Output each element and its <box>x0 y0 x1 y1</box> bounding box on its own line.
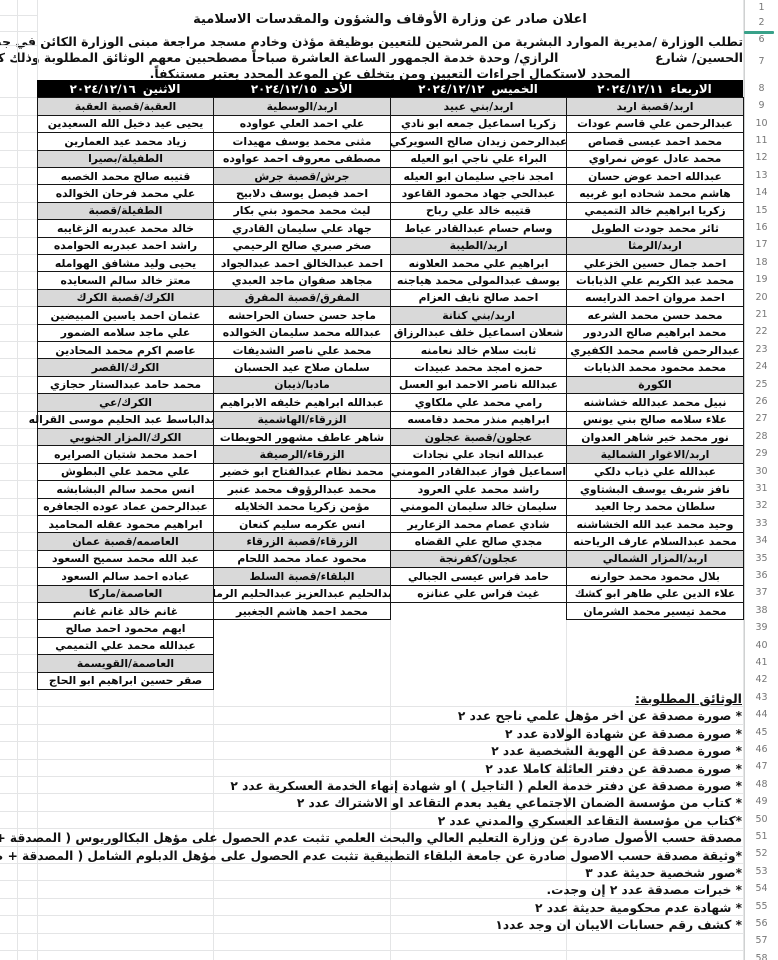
document-item[interactable]: * صورة مصدقة عن شهادة الولادة عدد ٢ <box>505 726 742 743</box>
region-header-cell[interactable]: الكرك/القصر <box>37 358 214 376</box>
candidate-name-cell[interactable]: زكريا اسماعيل جمعه ابو نادي <box>390 115 567 133</box>
row-header-12[interactable]: 12 <box>745 152 778 163</box>
candidate-name-cell[interactable]: عبدالحي جهاد محمود القاعود <box>390 184 567 202</box>
row-gridline <box>0 219 37 220</box>
row-header-10[interactable]: 10 <box>745 118 778 129</box>
candidate-name-cell[interactable]: محمد احمد هاشم الجغبير <box>213 602 391 620</box>
date-label: ٢٠٢٤/١٢/١٥ <box>251 82 317 96</box>
document-item[interactable]: * صورة مصدقة عن دفتر خدمة العلم ( التاجي… <box>230 778 742 795</box>
row-header-32[interactable]: 32 <box>745 500 778 511</box>
region-header-cell[interactable]: اربد/قصبة اربد <box>566 97 744 115</box>
document-item[interactable]: * صورة مصدقة عن الهوية الشخصية عدد ٢ <box>491 743 742 760</box>
row-gridline <box>0 515 37 516</box>
candidate-name-cell[interactable]: نور محمد خير شاهر العدوان <box>566 428 744 446</box>
candidate-name-cell[interactable]: يوسف عبدالمولى محمد هياجنه <box>390 271 567 289</box>
candidate-name-cell[interactable]: محمد عادل عوض نمراوي <box>566 150 744 168</box>
row-header-16[interactable]: 16 <box>745 222 778 233</box>
row-gridline <box>0 706 745 707</box>
candidate-name-cell[interactable]: ابراهيم منذر محمد دقامسه <box>390 411 567 429</box>
document-item[interactable]: * شهادة عدم محكومية حديثة عدد ٢ <box>535 900 742 917</box>
candidate-name-cell[interactable]: غيث فراس علي عنانزه <box>390 585 567 603</box>
region-header-cell[interactable]: الزرقاء/الهاشمية <box>213 411 391 429</box>
row-header-15[interactable]: 15 <box>745 205 778 216</box>
candidate-name-cell[interactable]: عبدالله ابراهيم خليفه الابراهيم <box>213 393 391 411</box>
row-header-46[interactable]: 46 <box>745 744 778 755</box>
region-header-cell[interactable]: العاصمة/ماركا <box>37 585 214 603</box>
document-item[interactable]: *صور شخصية حديثة عدد ٣ <box>585 865 742 882</box>
region-header-cell[interactable]: اربد/بني عبيد <box>390 97 567 115</box>
row-header-19[interactable]: 19 <box>745 274 778 285</box>
region-header-cell[interactable]: الطفيلة/قصبة <box>37 202 214 220</box>
region-header-cell[interactable]: عجلون/قصبة عجلون <box>390 428 567 446</box>
intro-line-1[interactable]: تطلب الوزارة /مديرية الموارد البشرية من … <box>37 34 743 49</box>
candidate-name-cell[interactable]: شعلان اسماعيل خلف عبدالرزاق <box>390 324 567 342</box>
region-header-cell[interactable]: البلقاء/قصبة السلط <box>213 567 391 585</box>
row-header-18[interactable]: 18 <box>745 257 778 268</box>
candidate-name-cell[interactable]: حامد فراس عيسى الجبالي <box>390 567 567 585</box>
candidate-name-cell[interactable]: انس محمد سالم البشابشه <box>37 480 214 498</box>
candidate-name-cell[interactable]: نبيل محمد عبدالله خشاشنه <box>566 393 744 411</box>
candidate-name-cell[interactable]: ثائر محمد جودت الطويل <box>566 219 744 237</box>
row-header-33[interactable]: 33 <box>745 518 778 529</box>
row-header-43[interactable]: 43 <box>745 692 778 703</box>
candidate-name-cell[interactable]: ماجد حسن حسان الحراحشه <box>213 306 391 324</box>
date-label: ٢٠٢٤/١٢/١٦ <box>70 82 136 96</box>
row-gridline <box>0 341 37 342</box>
candidate-name-cell[interactable]: محمود عماد محمد اللحام <box>213 550 391 568</box>
date-label: ٢٠٢٤/١٢/١٢ <box>418 82 484 96</box>
row-gridline <box>0 463 37 464</box>
candidate-name-cell[interactable]: عبدالرحمن زيدان صالح السويركي <box>390 132 567 150</box>
row-gridline <box>0 428 37 429</box>
row-header-22[interactable]: 22 <box>745 326 778 337</box>
row-header-27[interactable]: 27 <box>745 413 778 424</box>
candidate-name-cell[interactable]: هاشم محمد شحاده ابو غربيه <box>566 184 744 202</box>
row-header-30[interactable]: 30 <box>745 466 778 477</box>
candidate-name-cell[interactable]: بلال محمود محمد حوارنه <box>566 567 744 585</box>
documents-heading[interactable]: الوثائق المطلوبة: <box>635 691 742 706</box>
candidate-name-cell[interactable]: ايهم محمود احمد صالح <box>37 619 214 637</box>
candidate-name-cell[interactable]: احمد جمال حسين الخزعلي <box>566 254 744 272</box>
row-gridline <box>0 97 37 98</box>
region-header-cell[interactable]: مادبا/ذيبان <box>213 376 391 394</box>
candidate-name-cell[interactable]: عبدالباسط عبد الحليم موسى القراله <box>37 411 214 429</box>
candidate-name-cell[interactable]: عبدالله احمد عوض حسان <box>566 167 744 185</box>
row-gridline <box>0 358 37 359</box>
row-header-47[interactable]: 47 <box>745 761 778 772</box>
region-header-cell[interactable]: اربد/الطيبة <box>390 237 567 255</box>
candidate-name-cell[interactable]: محمد نظام عبدالفتاح ابو خضير <box>213 463 391 481</box>
candidate-name-cell[interactable]: احمد مروان احمد الدرايسه <box>566 289 744 307</box>
day-header-thu[interactable]: الخميس٢٠٢٤/١٢/١٢ <box>390 80 566 98</box>
row-gridline <box>0 950 745 951</box>
candidate-name-cell[interactable]: محمد تيسير محمد الشرمان <box>566 602 744 620</box>
announcement-title[interactable]: اعلان صادر عن وزارة الأوقاف والشؤون والم… <box>37 12 743 27</box>
row-gridline <box>0 254 37 255</box>
row-header-38[interactable]: 38 <box>745 605 778 616</box>
candidate-name-cell[interactable]: عبدالرحمن قاسم محمد الكفيري <box>566 341 744 359</box>
region-header-cell[interactable]: العقبة/قصبة العقبة <box>37 97 214 115</box>
day-label: الاربعاء <box>671 82 712 96</box>
region-header-cell[interactable]: المفرق/قصبة المفرق <box>213 289 391 307</box>
region-header-cell[interactable]: الكرك/قصبة الكرك <box>37 289 214 307</box>
region-header-cell[interactable]: الطفيلة/بصيرا <box>37 150 214 168</box>
region-header-cell[interactable]: الكرك/المزار الجنوبي <box>37 428 214 446</box>
candidate-name-cell[interactable]: عبدالله محمد علي التميمي <box>37 637 214 655</box>
candidate-name-cell[interactable]: زياد محمد عيد العمارين <box>37 132 214 150</box>
candidate-name-cell[interactable]: راشد احمد عبدربه الحوامده <box>37 237 214 255</box>
row-gridline <box>0 585 37 586</box>
candidate-name-cell[interactable]: سلطان محمد رجا العيد <box>566 498 744 516</box>
candidate-name-cell[interactable]: علي محمد فرحان الخوالده <box>37 184 214 202</box>
row-gridline <box>0 271 37 272</box>
row-header-25[interactable]: 25 <box>745 379 778 390</box>
row-gridline <box>0 567 37 568</box>
row-gridline <box>0 289 37 290</box>
candidate-name-cell[interactable]: سلمان صلاح عيد الحسبان <box>213 358 391 376</box>
row-header-11[interactable]: 11 <box>745 135 778 146</box>
document-item[interactable]: * خبرات مصدقة عدد ٢ إن وجدت. <box>547 882 743 899</box>
candidate-name-cell[interactable]: صخر صبري صالح الرحيمي <box>213 237 391 255</box>
candidate-name-cell[interactable]: البراء علي ناجي ابو العيله <box>390 150 567 168</box>
region-header-cell[interactable]: اربد/الرمثا <box>566 237 744 255</box>
row-header-56[interactable]: 56 <box>745 918 778 929</box>
row-header-48[interactable]: 48 <box>745 779 778 790</box>
candidate-name-cell[interactable]: محمد ابراهيم صالح الدردور <box>566 324 744 342</box>
candidate-name-cell[interactable]: شادي عصام محمد الزعارير <box>390 515 567 533</box>
candidate-name-cell[interactable]: خالد محمد عبدربه الزغايبه <box>37 219 214 237</box>
row-gridline <box>0 150 37 151</box>
intro-line-3[interactable]: المحدد لاستكمال اجراءات التعيين ومن يتخل… <box>37 66 743 81</box>
row-header-34[interactable]: 34 <box>745 535 778 546</box>
row-header-41[interactable]: 41 <box>745 657 778 668</box>
hidden-rows-marker[interactable] <box>744 31 774 34</box>
candidate-name-cell[interactable]: محمد حسن محمد الشرعه <box>566 306 744 324</box>
candidate-name-cell[interactable]: رامي محمد علي ملكاوي <box>390 393 567 411</box>
candidate-name-cell[interactable]: عبدالله محمد سليمان الخوالده <box>213 324 391 342</box>
candidate-name-cell[interactable]: سليمان خالد سليمان المومني <box>390 498 567 516</box>
row-header-2[interactable]: 2 <box>745 17 778 28</box>
row-header-42[interactable]: 42 <box>745 674 778 685</box>
row-gridline <box>0 15 37 16</box>
row-header-58[interactable]: 58 <box>745 953 778 960</box>
candidate-name-cell[interactable]: محمد عبدالرؤوف محمد عنبر <box>213 480 391 498</box>
row-header-52[interactable]: 52 <box>745 848 778 859</box>
candidate-name-cell[interactable]: وسام حسام عبدالقادر عياط <box>390 219 567 237</box>
row-gridline <box>0 393 37 394</box>
candidate-name-cell[interactable]: عبدالحليم عبدالعزيز عبدالحليم الرمام <box>213 585 391 603</box>
row-gridline <box>0 672 37 673</box>
row-gridline <box>0 132 37 133</box>
region-header-cell[interactable]: اربد/الاغوار الشمالية <box>566 445 744 463</box>
row-header-26[interactable]: 26 <box>745 396 778 407</box>
candidate-name-cell[interactable]: عبد الله محمد سميح السعود <box>37 550 214 568</box>
candidate-name-cell[interactable]: عبدالرحمن عماد عوده الجعافره <box>37 498 214 516</box>
region-header-cell[interactable]: جرش/قصبة جرش <box>213 167 391 185</box>
row-gridline <box>0 480 37 481</box>
candidate-name-cell[interactable]: شاهر عاطف مشهور الحويطات <box>213 428 391 446</box>
region-header-cell[interactable]: الزرقاء/الرصيفة <box>213 445 391 463</box>
candidate-name-cell[interactable]: محمد حامد عبدالستار حجازي <box>37 376 214 394</box>
candidate-name-cell[interactable]: عبدالله ناصر الاحمد ابو العسل <box>390 376 567 394</box>
day-header-wed[interactable]: الاربعاء٢٠٢٤/١٢/١١ <box>566 80 743 98</box>
candidate-name-cell[interactable]: مؤمن زكريا محمد الخلايله <box>213 498 391 516</box>
candidate-name-cell[interactable]: عباده احمد سالم السعود <box>37 567 214 585</box>
document-item[interactable]: *كتاب من مؤسسة التقاعد العسكري والمدني ع… <box>438 813 742 830</box>
candidate-name-cell[interactable]: يحيى وليد مشافق الهوامله <box>37 254 214 272</box>
candidate-name-cell[interactable]: احمد محمد شتيان الصرايره <box>37 445 214 463</box>
intro-line-2-left: الرازي/ وحدة خدمة الجمهور الساعة العاشرة… <box>0 50 558 65</box>
document-item[interactable]: *وثيقة مصدقة حسب الاصول صادرة عن جامعة ا… <box>0 848 742 865</box>
candidate-name-cell[interactable]: مصطفى معروف احمد عواوده <box>213 150 391 168</box>
row-header-49[interactable]: 49 <box>745 796 778 807</box>
candidate-name-cell[interactable]: جهاد علي سليمان القادري <box>213 219 391 237</box>
row-gridline <box>0 411 37 412</box>
candidate-name-cell[interactable]: علي احمد العلي عواوده <box>213 115 391 133</box>
candidate-name-cell[interactable]: احمد عبدالخالق احمد عبدالجواد <box>213 254 391 272</box>
candidate-name-cell[interactable]: احمد صالح نايف العزام <box>390 289 567 307</box>
candidate-name-cell[interactable]: معتز خالد سالم السعايده <box>37 271 214 289</box>
row-gridline <box>0 202 37 203</box>
row-header-13[interactable]: 13 <box>745 170 778 181</box>
candidate-name-cell[interactable]: راشد محمد علي العرود <box>390 480 567 498</box>
candidate-name-cell[interactable]: محمد محمود محمد الذيابات <box>566 358 744 376</box>
document-item[interactable]: * كشف رقم حسابات الايبان ان وجد عدد١ <box>495 917 742 934</box>
candidate-name-cell[interactable]: قتيبه خالد علي رباح <box>390 202 567 220</box>
candidate-name-cell[interactable]: ثابت سلام خالد نعامنه <box>390 341 567 359</box>
spreadsheet-canvas: اعلان صادر عن وزارة الأوقاف والشؤون والم… <box>0 0 778 960</box>
candidate-name-cell[interactable]: محمد عبد الكريم علي الذيابات <box>566 271 744 289</box>
row-header-44[interactable]: 44 <box>745 709 778 720</box>
candidate-name-cell[interactable]: مجاهد صفوان ماجد العبدي <box>213 271 391 289</box>
row-header-17[interactable]: 17 <box>745 239 778 250</box>
row-header-39[interactable]: 39 <box>745 622 778 633</box>
candidate-name-cell[interactable]: عثمان احمد ياسين المبيضين <box>37 306 214 324</box>
row-gridline <box>0 498 37 499</box>
document-item[interactable]: * كتاب من مؤسسة الضمان الاجتماعي يفيد بع… <box>297 795 742 812</box>
candidate-name-cell[interactable]: علاء الدين علي طاهر ابو كشك <box>566 585 744 603</box>
candidate-name-cell[interactable]: محمد علي ناصر الشديفات <box>213 341 391 359</box>
row-header-20[interactable]: 20 <box>745 292 778 303</box>
candidate-name-cell[interactable]: مثنى محمد يوسف مهيدات <box>213 132 391 150</box>
candidate-name-cell[interactable]: محمد احمد عيسى قصاص <box>566 132 744 150</box>
row-gridline <box>0 31 37 32</box>
candidate-name-cell[interactable]: يحيى عيد دخيل الله السعيدين <box>37 115 214 133</box>
row-header-9[interactable]: 9 <box>745 100 778 111</box>
row-gridline <box>0 637 37 638</box>
candidate-name-cell[interactable]: ابراهيم علي محمد العلاونه <box>390 254 567 272</box>
row-header-54[interactable]: 54 <box>745 883 778 894</box>
row-header-55[interactable]: 55 <box>745 901 778 912</box>
row-header-29[interactable]: 29 <box>745 448 778 459</box>
row-header-23[interactable]: 23 <box>745 344 778 355</box>
region-header-cell[interactable]: الزرقاء/قصبة الزرقاء <box>213 532 391 550</box>
candidate-name-cell[interactable]: وحيد محمد عبد الله الخشاشنه <box>566 515 744 533</box>
candidate-name-cell[interactable]: اسماعيل فواز عبدالقادر المومني <box>390 463 567 481</box>
candidate-name-cell[interactable]: عبدالرحمن علي قاسم عودات <box>566 115 744 133</box>
candidate-name-cell[interactable]: علي ماجد سلامه الضمور <box>37 324 214 342</box>
candidate-name-cell[interactable]: عبدالله علي ذياب دلكي <box>566 463 744 481</box>
candidate-name-cell[interactable]: مجدي صالح علي القضاه <box>390 532 567 550</box>
candidate-name-cell[interactable]: عاصم اكرم محمد المحادين <box>37 341 214 359</box>
day-header-sun[interactable]: الأحد٢٠٢٤/١٢/١٥ <box>213 80 390 98</box>
row-header-37[interactable]: 37 <box>745 587 778 598</box>
candidate-name-cell[interactable]: قتيبه صالح محمد الخصبه <box>37 167 214 185</box>
row-gridline <box>0 376 37 377</box>
row-gridline <box>0 532 37 533</box>
candidate-name-cell[interactable]: علي محمد علي البطوش <box>37 463 214 481</box>
row-gridline <box>0 45 37 46</box>
row-gridline <box>0 445 37 446</box>
row-header-35[interactable]: 35 <box>745 553 778 564</box>
row-header-53[interactable]: 53 <box>745 866 778 877</box>
row-header-8[interactable]: 8 <box>745 83 778 94</box>
intro-line-2-right: الحسين/ شارع <box>655 50 743 65</box>
region-header-cell[interactable]: الكرك/عي <box>37 393 214 411</box>
row-header-45[interactable]: 45 <box>745 727 778 738</box>
candidate-name-cell[interactable]: صقر حسين ابراهيم ابو الحاج <box>37 672 214 690</box>
region-header-cell[interactable]: العاصمة/القويسمة <box>37 654 214 672</box>
row-header-24[interactable]: 24 <box>745 361 778 372</box>
candidate-name-cell[interactable]: زكريا ابراهيم خالد التميمي <box>566 202 744 220</box>
candidate-name-cell[interactable]: امجد ناجي سليمان ابو العيله <box>390 167 567 185</box>
row-header-36[interactable]: 36 <box>745 570 778 581</box>
region-header-cell[interactable]: اربد/بني كنانة <box>390 306 567 324</box>
row-gridline <box>0 550 37 551</box>
candidate-name-cell[interactable]: نافز شريف يوسف البشتاوي <box>566 480 744 498</box>
document-item[interactable]: مصدقة حسب الأصول صادرة عن وزارة التعليم … <box>0 830 742 847</box>
candidate-name-cell[interactable]: ليث محمد محمود بني بكار <box>213 202 391 220</box>
day-label: الأحد <box>324 82 352 96</box>
row-gridline <box>0 306 37 307</box>
day-header-mon[interactable]: الاثنين٢٠٢٤/١٢/١٦ <box>37 80 213 98</box>
row-header-57[interactable]: 57 <box>745 935 778 946</box>
row-gridline <box>0 602 37 603</box>
row-gridline <box>0 324 37 325</box>
day-label: الخميس <box>491 82 537 96</box>
candidate-name-cell[interactable]: ابراهيم محمود عقله المحاميد <box>37 515 214 533</box>
date-label: ٢٠٢٤/١٢/١١ <box>597 82 663 96</box>
region-header-cell[interactable]: اربد/المزار الشمالي <box>566 550 744 568</box>
region-header-cell[interactable]: العاصمه/قصبة عمان <box>37 532 214 550</box>
row-gridline <box>0 619 37 620</box>
row-header-31[interactable]: 31 <box>745 483 778 494</box>
day-label: الاثنين <box>143 82 181 96</box>
row-gridline <box>0 115 37 116</box>
row-gridline <box>0 167 37 168</box>
row-header-1[interactable]: 1 <box>745 2 778 13</box>
candidate-name-cell[interactable]: علاء سلامه صالح بني يونس <box>566 411 744 429</box>
row-gridline <box>0 237 37 238</box>
candidate-name-cell[interactable]: عبدالله انجاد علي نجادات <box>390 445 567 463</box>
row-header-14[interactable]: 14 <box>745 187 778 198</box>
candidate-name-cell[interactable]: غانم خالد غانم غانم <box>37 602 214 620</box>
intro-line-2[interactable]: الحسين/ شارع الرازي/ وحدة خدمة الجمهور ا… <box>37 50 743 65</box>
candidate-name-cell[interactable]: محمد عبدالسلام عارف الرياحنه <box>566 532 744 550</box>
region-header-cell[interactable]: الكورة <box>566 376 744 394</box>
row-header-51[interactable]: 51 <box>745 831 778 842</box>
row-gridline <box>0 654 37 655</box>
row-header-6[interactable]: 6 <box>745 34 778 45</box>
row-header-40[interactable]: 40 <box>745 640 778 651</box>
row-gridline <box>0 184 37 185</box>
candidate-name-cell[interactable]: انس عكرمه سليم كنعان <box>213 515 391 533</box>
region-header-cell[interactable]: عجلون/كفرنجة <box>390 550 567 568</box>
document-item[interactable]: * صورة مصدقة عن اخر مؤهل علمي ناجح عدد ٢ <box>458 708 742 725</box>
region-header-cell[interactable]: اربد/الوسطية <box>213 97 391 115</box>
candidate-name-cell[interactable]: احمد فيصل يوسف دلابيح <box>213 184 391 202</box>
document-item[interactable]: * صورة مصدقة عن دفتر العائلة كاملا عدد ٢ <box>485 761 742 778</box>
candidate-name-cell[interactable]: حمزه امجد محمد عبيدات <box>390 358 567 376</box>
row-header-7[interactable]: 7 <box>745 56 778 67</box>
row-gridline <box>0 689 37 690</box>
row-header-21[interactable]: 21 <box>745 309 778 320</box>
row-header-50[interactable]: 50 <box>745 814 778 825</box>
row-header-28[interactable]: 28 <box>745 431 778 442</box>
